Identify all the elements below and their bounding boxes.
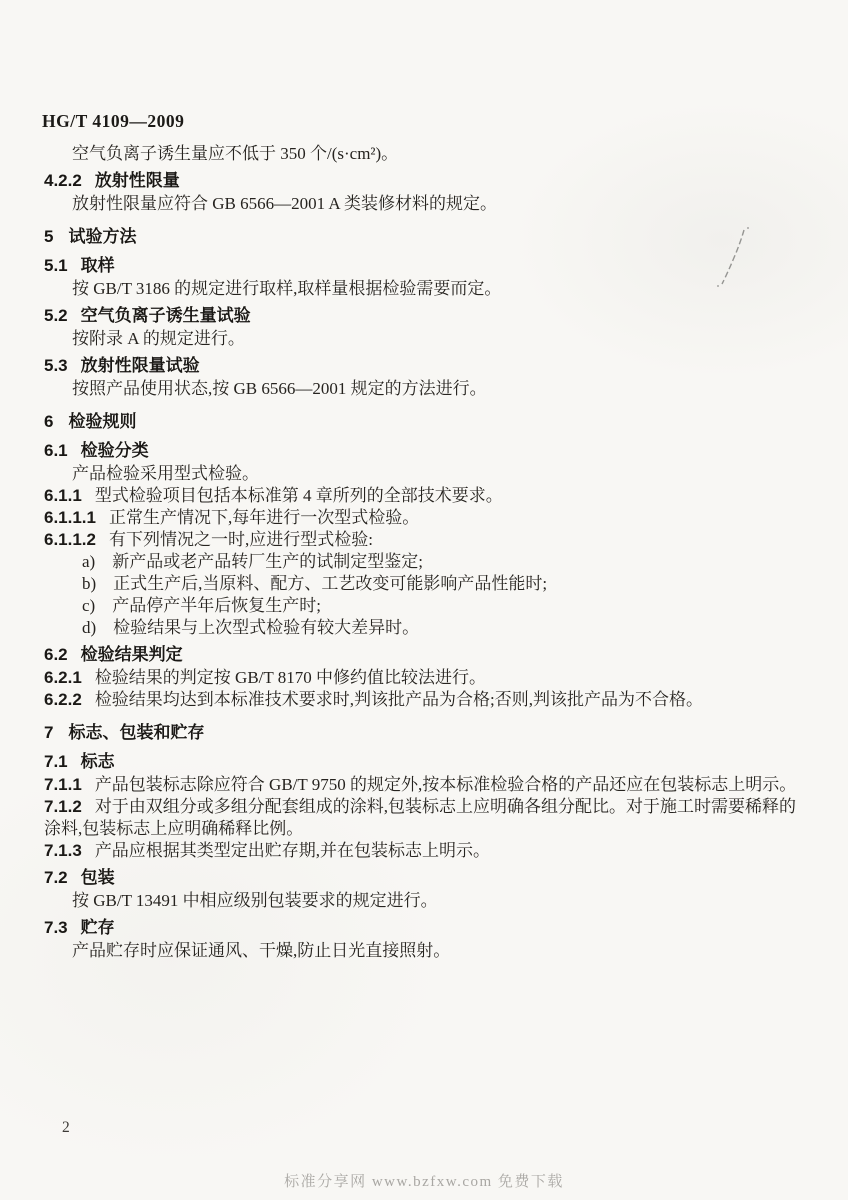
clause-paragraph: 7.1.3产品应根据其类型定出贮存期,并在包装标志上明示。: [44, 840, 804, 862]
pen-scan-artifact: [700, 222, 760, 292]
clause-text: 检验结果与上次型式检验有较大差异时。: [113, 618, 419, 637]
list-item: d)检验结果与上次型式检验有较大差异时。: [44, 617, 804, 639]
body-paragraph: 按照产品使用状态,按 GB 6566—2001 规定的方法进行。: [44, 378, 804, 400]
clause-text: 空气负离子诱生量应不低于 350 个/(s·cm²)。: [72, 144, 398, 163]
clause-number: 5.1: [44, 256, 68, 275]
clause-text: 产品包装标志除应符合 GB/T 9750 的规定外,按本标准检验合格的产品还应在…: [95, 775, 796, 794]
clause-paragraph: 6.1.1.1正常生产情况下,每年进行一次型式检验。: [44, 507, 804, 529]
clause-number: 5.3: [44, 356, 68, 375]
clause-number: 7: [44, 723, 53, 742]
document-body: 空气负离子诱生量应不低于 350 个/(s·cm²)。4.2.2放射性限量放射性…: [44, 143, 804, 962]
section-heading: 5.3放射性限量试验: [44, 355, 804, 377]
clause-number: 7.3: [44, 918, 68, 937]
body-paragraph: 产品贮存时应保证通风、干燥,防止日光直接照射。: [44, 940, 804, 962]
clause-paragraph: 6.2.1检验结果的判定按 GB/T 8170 中修约值比较法进行。: [44, 667, 804, 689]
clause-number: 6.1.1.1: [44, 508, 96, 527]
clause-text: 检验规则: [68, 412, 136, 431]
scanned-standard-page: { "page": { "header": "HG/T 4109—2009", …: [0, 0, 848, 1200]
clause-text: 放射性限量: [95, 171, 180, 190]
section-heading: 6.1检验分类: [44, 440, 804, 462]
section-heading: 7.3贮存: [44, 917, 804, 939]
clause-number: 7.1: [44, 752, 68, 771]
document-number-header: HG/T 4109—2009: [42, 111, 184, 132]
clause-text: 检验结果均达到本标准技术要求时,判该批产品为合格;否则,判该批产品为不合格。: [95, 690, 703, 709]
clause-text: 检验结果判定: [81, 645, 183, 664]
chapter-heading: 6检验规则: [44, 411, 804, 433]
clause-text: 产品停产半年后恢复生产时;: [112, 596, 321, 615]
clause-text: 产品贮存时应保证通风、干燥,防止日光直接照射。: [72, 941, 450, 960]
section-heading: 7.2包装: [44, 867, 804, 889]
body-paragraph: 按 GB/T 13491 中相应级别包装要求的规定进行。: [44, 890, 804, 912]
watermark-footer: 标准分享网 www.bzfxw.com 免费下载: [0, 1170, 848, 1191]
clause-text: 取样: [81, 256, 115, 275]
clause-text: 产品应根据其类型定出贮存期,并在包装标志上明示。: [95, 841, 490, 860]
clause-number: 7.1.2: [44, 797, 82, 816]
clause-text: 检验分类: [81, 441, 149, 460]
body-paragraph: 按附录 A 的规定进行。: [44, 328, 804, 350]
clause-text: 标志、包装和贮存: [68, 723, 204, 742]
list-item: a)新产品或老产品转厂生产的试制定型鉴定;: [44, 551, 804, 573]
list-item: c)产品停产半年后恢复生产时;: [44, 595, 804, 617]
clause-text: 放射性限量应符合 GB 6566—2001 A 类装修材料的规定。: [72, 194, 497, 213]
clause-number: 4.2.2: [44, 171, 82, 190]
clause-number: 5.2: [44, 306, 68, 325]
clause-number: d): [82, 618, 96, 637]
clause-number: 6.2.2: [44, 690, 82, 709]
clause-text: 正常生产情况下,每年进行一次型式检验。: [109, 508, 419, 527]
clause-text: 检验结果的判定按 GB/T 8170 中修约值比较法进行。: [95, 668, 486, 687]
section-heading: 6.2检验结果判定: [44, 644, 804, 666]
clause-number: 6.1: [44, 441, 68, 460]
clause-number: 5: [44, 227, 53, 246]
chapter-heading: 5试验方法: [44, 226, 804, 248]
section-heading: 7.1标志: [44, 751, 804, 773]
clause-text: 空气负离子诱生量试验: [81, 306, 251, 325]
clause-text: 按照产品使用状态,按 GB 6566—2001 规定的方法进行。: [72, 379, 487, 398]
clause-number: 6: [44, 412, 53, 431]
clause-paragraph: 6.2.2检验结果均达到本标准技术要求时,判该批产品为合格;否则,判该批产品为不…: [44, 689, 804, 711]
clause-text: 按附录 A 的规定进行。: [72, 329, 245, 348]
body-paragraph: 产品检验采用型式检验。: [44, 463, 804, 485]
clause-text: 有下列情况之一时,应进行型式检验:: [109, 530, 373, 549]
body-paragraph: 按 GB/T 3186 的规定进行取样,取样量根据检验需要而定。: [44, 278, 804, 300]
clause-text: 试验方法: [68, 227, 136, 246]
body-paragraph: 空气负离子诱生量应不低于 350 个/(s·cm²)。: [44, 143, 804, 165]
section-heading: 4.2.2放射性限量: [44, 170, 804, 192]
clause-number: b): [82, 574, 96, 593]
clause-number: a): [82, 552, 95, 571]
chapter-heading: 7标志、包装和贮存: [44, 722, 804, 744]
clause-paragraph: 7.1.1产品包装标志除应符合 GB/T 9750 的规定外,按本标准检验合格的…: [44, 774, 804, 796]
clause-paragraph: 6.1.1型式检验项目包括本标准第 4 章所列的全部技术要求。: [44, 485, 804, 507]
clause-paragraph: 7.1.2对于由双组分或多组分配套组成的涂料,包装标志上应明确各组分配比。对于施…: [44, 796, 804, 840]
clause-text: 产品检验采用型式检验。: [72, 464, 259, 483]
clause-text: 对于由双组分或多组分配套组成的涂料,包装标志上应明确各组分配比。对于施工时需要稀…: [44, 797, 796, 838]
section-heading: 5.2空气负离子诱生量试验: [44, 305, 804, 327]
clause-number: c): [82, 596, 95, 615]
clause-text: 按 GB/T 13491 中相应级别包装要求的规定进行。: [72, 891, 438, 910]
body-paragraph: 放射性限量应符合 GB 6566—2001 A 类装修材料的规定。: [44, 193, 804, 215]
clause-text: 贮存: [81, 918, 115, 937]
clause-text: 标志: [81, 752, 115, 771]
clause-text: 包装: [81, 868, 115, 887]
clause-number: 6.1.1: [44, 486, 82, 505]
clause-paragraph: 6.1.1.2有下列情况之一时,应进行型式检验:: [44, 529, 804, 551]
section-heading: 5.1取样: [44, 255, 804, 277]
page-number: 2: [62, 1119, 70, 1137]
clause-number: 7.2: [44, 868, 68, 887]
clause-number: 6.2: [44, 645, 68, 664]
clause-number: 6.1.1.2: [44, 530, 96, 549]
clause-text: 按 GB/T 3186 的规定进行取样,取样量根据检验需要而定。: [72, 279, 501, 298]
clause-number: 7.1.3: [44, 841, 82, 860]
list-item: b)正式生产后,当原料、配方、工艺改变可能影响产品性能时;: [44, 573, 804, 595]
clause-number: 6.2.1: [44, 668, 82, 687]
clause-text: 新产品或老产品转厂生产的试制定型鉴定;: [112, 552, 423, 571]
clause-text: 正式生产后,当原料、配方、工艺改变可能影响产品性能时;: [113, 574, 547, 593]
clause-text: 型式检验项目包括本标准第 4 章所列的全部技术要求。: [95, 486, 503, 505]
clause-number: 7.1.1: [44, 775, 82, 794]
clause-text: 放射性限量试验: [81, 356, 200, 375]
